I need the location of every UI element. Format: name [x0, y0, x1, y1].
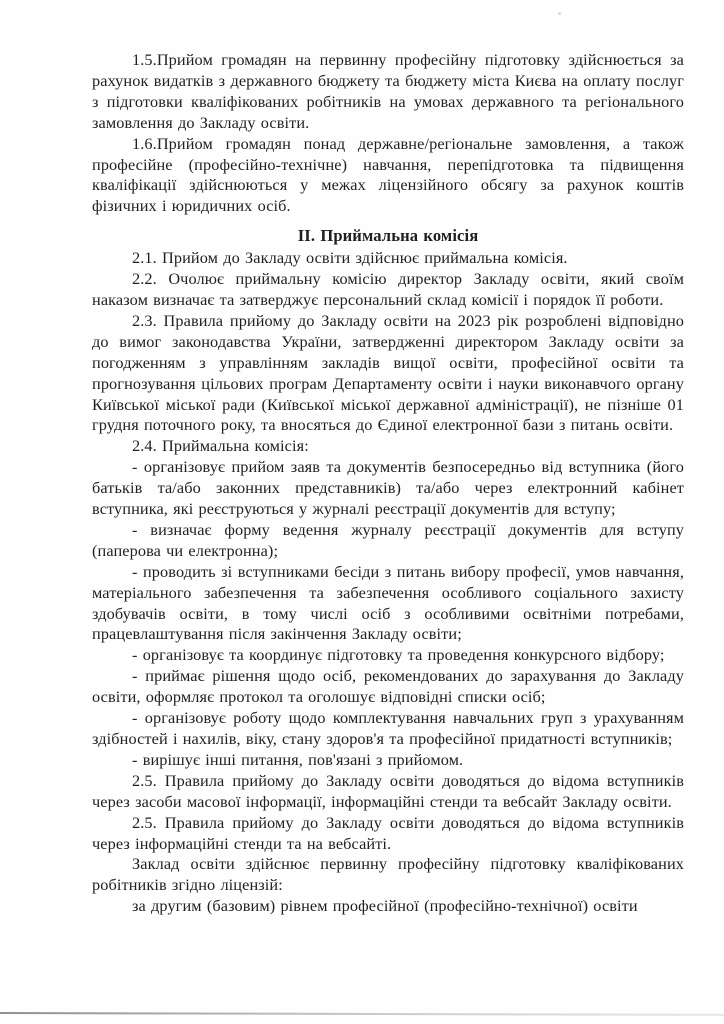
list-item: - організовує прийом заяв та документів …	[92, 457, 684, 520]
paragraph-1-5: 1.5.Прийом громадян на первинну професій…	[92, 50, 684, 134]
paragraph-2-5-a: 2.5. Правила прийому до Закладу освіти д…	[92, 771, 684, 813]
paragraph-licenses-intro: Заклад освіти здійснює первинну професій…	[92, 854, 684, 896]
list-item: - проводить зі вступниками бесіди з пита…	[92, 562, 684, 646]
paragraph-1-6: 1.6.Прийом громадян понад державне/регіо…	[92, 134, 684, 218]
list-item: - визначає форму ведення журналу реєстра…	[92, 520, 684, 562]
paragraph-2-5-b: 2.5. Правила прийому до Закладу освіти д…	[92, 813, 684, 855]
paragraph-license-level: за другим (базовим) рівнем професійної (…	[92, 896, 684, 917]
paragraph-2-1: 2.1. Прийом до Закладу освіти здійснює п…	[92, 248, 684, 269]
scan-edge-line	[0, 1012, 724, 1016]
list-item: - вирішує інші питання, пов'язані з прий…	[92, 750, 684, 771]
document-page: 1.5.Прийом громадян на первинну професій…	[0, 0, 724, 1024]
paragraph-2-3: 2.3. Правила прийому до Закладу освіти н…	[92, 311, 684, 436]
list-item: - приймає рішення щодо осіб, рекомендова…	[92, 666, 684, 708]
scan-speck	[558, 12, 561, 15]
paragraph-2-2: 2.2. Очолює приймальну комісію директор …	[92, 269, 684, 311]
document-text-area: 1.5.Прийом громадян на первинну професій…	[92, 50, 684, 917]
list-item: - організовує та координує підготовку та…	[92, 645, 684, 666]
section-heading: ІІ. Приймальна комісія	[92, 226, 684, 247]
list-item: - організовує роботу щодо комплектування…	[92, 708, 684, 750]
paragraph-2-4: 2.4. Приймальна комісія:	[92, 436, 684, 457]
